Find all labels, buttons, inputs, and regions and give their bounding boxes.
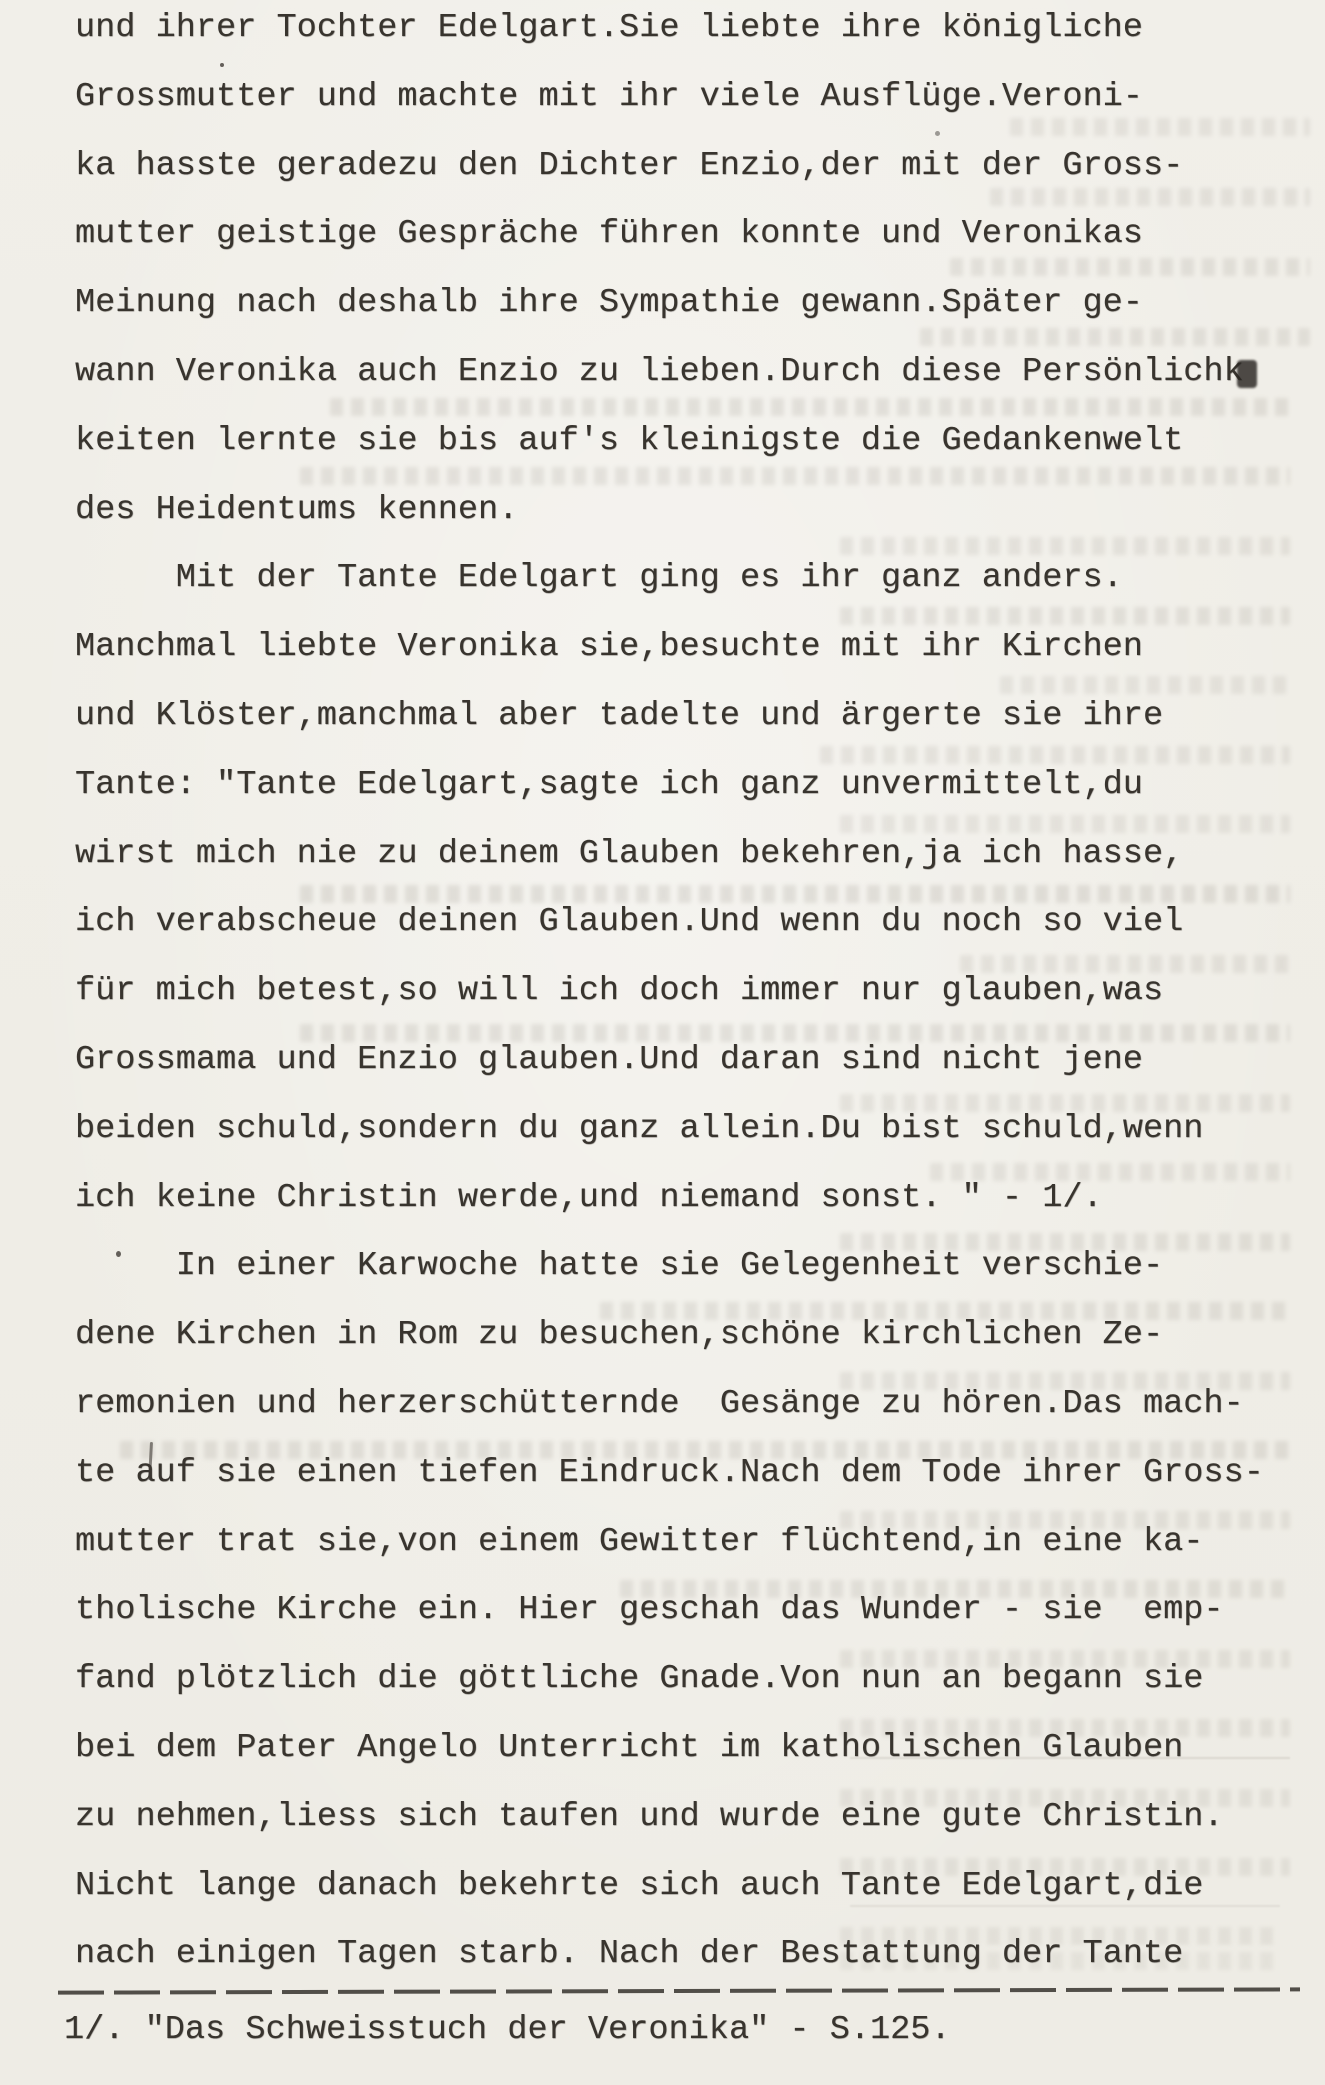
- ink-speck: [220, 63, 224, 67]
- ink-speck: [935, 131, 940, 136]
- text-line: und ihrer Tochter Edelgart.Sie liebte ih…: [75, 0, 1264, 63]
- text-line: tholische Kirche ein. Hier geschah das W…: [75, 1576, 1264, 1645]
- text-line: Nicht lange danach bekehrte sich auch Ta…: [75, 1852, 1264, 1921]
- text-line: mutter geistige Gespräche führen konnte …: [75, 200, 1264, 269]
- text-line: dene Kirchen in Rom zu besuchen,schöne k…: [75, 1301, 1264, 1370]
- text-line: keiten lernte sie bis auf's kleinigste d…: [75, 407, 1264, 476]
- text-line: ich verabscheue deinen Glauben.Und wenn …: [75, 888, 1264, 957]
- text-line: ka hasste geradezu den Dichter Enzio,der…: [75, 132, 1264, 201]
- text-line: nach einigen Tagen starb. Nach der Besta…: [75, 1920, 1264, 1989]
- text-line: Grossmama und Enzio glauben.Und daran si…: [75, 1026, 1264, 1095]
- text-line: Meinung nach deshalb ihre Sympathie gewa…: [75, 269, 1264, 338]
- text-line: wann Veronika auch Enzio zu lieben.Durch…: [75, 338, 1264, 407]
- text-line: und Klöster,manchmal aber tadelte und är…: [75, 682, 1264, 751]
- text-line: Mit der Tante Edelgart ging es ihr ganz …: [75, 544, 1264, 613]
- text-line: ich keine Christin werde,und niemand son…: [75, 1164, 1264, 1233]
- text-line: fand plötzlich die göttliche Gnade.Von n…: [75, 1645, 1264, 1714]
- overstruck-character-blot: [1237, 360, 1257, 388]
- text-line: beiden schuld,sondern du ganz allein.Du …: [75, 1095, 1264, 1164]
- text-line: Tante: "Tante Edelgart,sagte ich ganz un…: [75, 751, 1264, 820]
- text-line: remonien und herzerschütternde Gesänge z…: [75, 1370, 1264, 1439]
- text-line: für mich betest,so will ich doch immer n…: [75, 957, 1264, 1026]
- text-line: Manchmal liebte Veronika sie,besuchte mi…: [75, 613, 1264, 682]
- typewritten-text: und ihrer Tochter Edelgart.Sie liebte ih…: [75, 0, 1264, 1989]
- document-page: und ihrer Tochter Edelgart.Sie liebte ih…: [0, 0, 1325, 2085]
- footnote: 1/. "Das Schweisstuch der Veronika" - S.…: [64, 2000, 951, 2060]
- text-line: te auf sie einen tiefen Eindruck.Nach de…: [75, 1439, 1264, 1508]
- text-line: wirst mich nie zu deinem Glauben bekehre…: [75, 820, 1264, 889]
- text-line: Grossmutter und machte mit ihr viele Aus…: [75, 63, 1264, 132]
- text-line: mutter trat sie,von einem Gewitter flüch…: [75, 1508, 1264, 1577]
- text-line: In einer Karwoche hatte sie Gelegenheit …: [75, 1232, 1264, 1301]
- text-line: des Heidentums kennen.: [75, 476, 1264, 545]
- text-line: bei dem Pater Angelo Unterricht im katho…: [75, 1714, 1264, 1783]
- paragraph-dot-mark: [116, 1251, 121, 1257]
- text-line: zu nehmen,liess sich taufen und wurde ei…: [75, 1783, 1264, 1852]
